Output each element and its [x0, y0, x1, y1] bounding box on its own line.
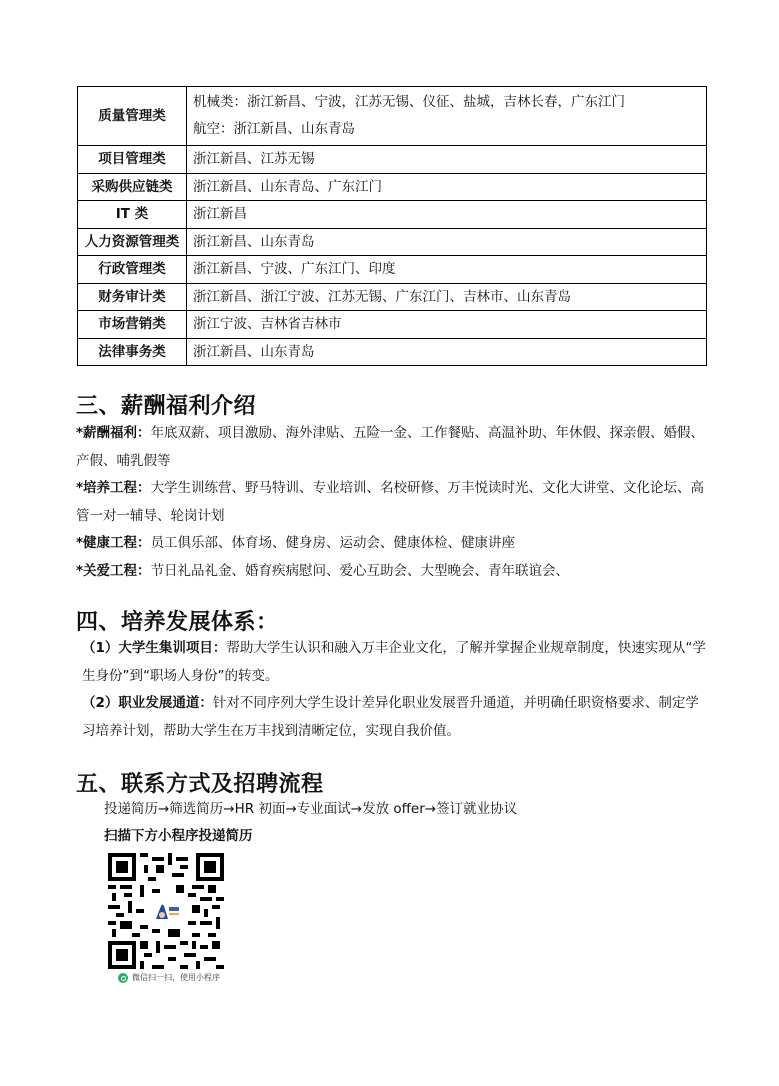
document-page: 质量管理类 机械类：浙江新昌、宁波，江苏无锡、仪征、盐城，吉林长春，广东江门 航… [0, 0, 779, 1086]
development-label: （1）大学生集训项目： [82, 640, 226, 656]
qr-caption-text: 微信扫一扫，使用小程序 [132, 972, 220, 983]
section-4-body: （1）大学生集训项目：帮助大学生认识和融入万丰企业文化，了解并掌握企业规章制度，… [76, 635, 708, 745]
table-row: IT 类 浙江新昌 [78, 201, 707, 229]
benefit-item: *健康工程：员工俱乐部、体育场、健身房、运动会、健康体检、健康讲座 [76, 530, 708, 558]
brand-logo-icon [154, 901, 180, 923]
benefit-item: *培养工程：大学生训练营、野马特训、专业培训、名校研修、万丰悦读时光、文化大讲堂… [76, 475, 708, 530]
location-line: 航空：浙江新昌、山东青岛 [193, 116, 700, 143]
category-cell: 行政管理类 [78, 256, 187, 284]
location-cell: 浙江新昌、浙江宁波、江苏无锡、广东江门、吉林市、山东青岛 [187, 283, 707, 311]
development-item: （2）职业发展通道：针对不同序列大学生设计差异化职业发展晋升通道，并明确任职资格… [76, 690, 708, 745]
category-cell: IT 类 [78, 201, 187, 229]
section-5-heading: 五、联系方式及招聘流程 [76, 767, 324, 798]
location-cell: 浙江新昌、山东青岛 [187, 338, 707, 366]
table-row: 采购供应链类 浙江新昌、山东青岛、广东江门 [78, 173, 707, 201]
benefit-text: 员工俱乐部、体育场、健身房、运动会、健康体检、健康讲座 [151, 535, 516, 551]
location-cell: 浙江新昌、宁波、广东江门、印度 [187, 256, 707, 284]
benefit-item: *薪酬福利：年底双薪、项目激励、海外津贴、五险一金、工作餐贴、高温补助、年休假、… [76, 420, 708, 475]
benefit-label: *健康工程： [76, 535, 151, 551]
qr-code[interactable] [108, 853, 224, 969]
section-3-heading: 三、薪酬福利介绍 [76, 389, 256, 420]
table-row: 人力资源管理类 浙江新昌、山东青岛 [78, 228, 707, 256]
location-line: 机械类：浙江新昌、宁波，江苏无锡、仪征、盐城，吉林长春，广东江门 [193, 89, 700, 116]
table-row: 市场营销类 浙江宁波、吉林省吉林市 [78, 311, 707, 339]
benefit-label: *薪酬福利： [76, 425, 151, 441]
table-row: 质量管理类 机械类：浙江新昌、宁波，江苏无锡、仪征、盐城，吉林长春，广东江门 航… [78, 87, 707, 146]
category-cell: 财务审计类 [78, 283, 187, 311]
development-label: （2）职业发展通道： [82, 695, 213, 711]
location-cell: 浙江新昌 [187, 201, 707, 229]
category-cell: 质量管理类 [78, 87, 187, 146]
recruitment-flow: 投递简历→筛选简历→HR 初面→专业面试→发放 offer→签订就业协议 [104, 797, 517, 821]
category-cell: 市场营销类 [78, 311, 187, 339]
benefit-text: 大学生训练营、野马特训、专业培训、名校研修、万丰悦读时光、文化大讲堂、文化论坛、… [76, 480, 704, 524]
benefit-item: *关爱工程：节日礼品礼金、婚育疾病慰问、爱心互助会、大型晚会、青年联谊会、 [76, 558, 708, 586]
location-cell: 机械类：浙江新昌、宁波，江苏无锡、仪征、盐城，吉林长春，广东江门 航空：浙江新昌… [187, 87, 707, 146]
development-item: （1）大学生集训项目：帮助大学生认识和融入万丰企业文化，了解并掌握企业规章制度，… [76, 635, 708, 690]
location-cell: 浙江新昌、江苏无锡 [187, 146, 707, 174]
table-row: 法律事务类 浙江新昌、山东青岛 [78, 338, 707, 366]
section-4-heading: 四、培养发展体系： [76, 605, 279, 636]
mini-program-qr[interactable]: 微信扫一扫，使用小程序 [108, 853, 228, 983]
job-location-table: 质量管理类 机械类：浙江新昌、宁波，江苏无锡、仪征、盐城，吉林长春，广东江门 航… [77, 86, 707, 366]
category-cell: 采购供应链类 [78, 173, 187, 201]
table-row: 行政管理类 浙江新昌、宁波、广东江门、印度 [78, 256, 707, 284]
qr-logo [152, 897, 182, 927]
scan-prompt: 扫描下方小程序投递简历 [104, 824, 253, 848]
location-cell: 浙江新昌、山东青岛、广东江门 [187, 173, 707, 201]
table-row: 财务审计类 浙江新昌、浙江宁波、江苏无锡、广东江门、吉林市、山东青岛 [78, 283, 707, 311]
location-cell: 浙江宁波、吉林省吉林市 [187, 311, 707, 339]
benefit-text: 年底双薪、项目激励、海外津贴、五险一金、工作餐贴、高温补助、年休假、探亲假、婚假… [76, 425, 704, 469]
category-cell: 法律事务类 [78, 338, 187, 366]
benefit-label: *培养工程： [76, 480, 151, 496]
wechat-icon [118, 973, 128, 983]
benefit-text: 节日礼品礼金、婚育疾病慰问、爱心互助会、大型晚会、青年联谊会、 [151, 563, 570, 579]
category-cell: 人力资源管理类 [78, 228, 187, 256]
table-row: 项目管理类 浙江新昌、江苏无锡 [78, 146, 707, 174]
qr-caption: 微信扫一扫，使用小程序 [108, 972, 228, 983]
section-3-body: *薪酬福利：年底双薪、项目激励、海外津贴、五险一金、工作餐贴、高温补助、年休假、… [76, 420, 708, 585]
category-cell: 项目管理类 [78, 146, 187, 174]
benefit-label: *关爱工程： [76, 563, 151, 579]
location-cell: 浙江新昌、山东青岛 [187, 228, 707, 256]
